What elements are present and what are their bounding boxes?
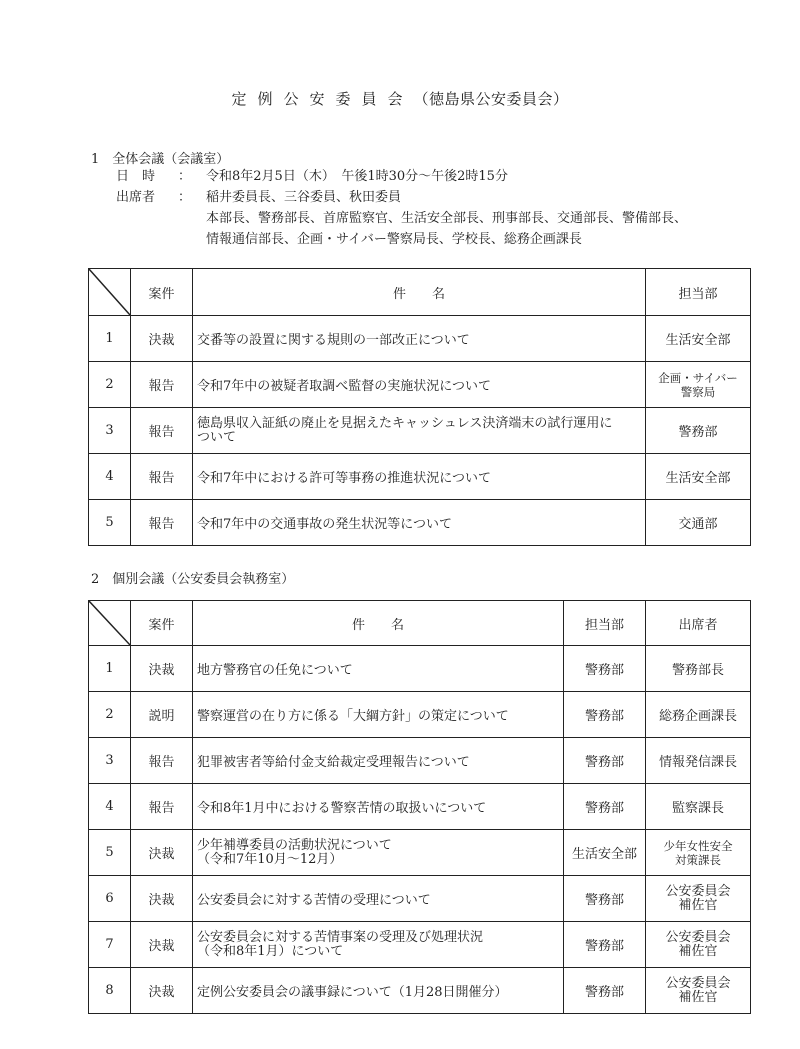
header-attendee: 出席者 <box>646 601 751 646</box>
row-type: 決裁 <box>131 876 193 922</box>
row-type: 決裁 <box>131 646 193 692</box>
row-type: 報告 <box>131 784 193 830</box>
document-title: 定例公安委員会（徳島県公安委員会） <box>0 88 800 109</box>
row-type: 決裁 <box>131 316 193 362</box>
table-row: 1 決裁 交番等の設置に関する規則の一部改正について 生活安全部 <box>89 316 751 362</box>
row-dept: 企画・サイバー警察局 <box>646 362 751 408</box>
datetime-row: 日 時 ： 令和8年2月5日（木） 午後1時30分～午後2時15分 <box>116 166 687 187</box>
row-number: 4 <box>89 454 131 500</box>
attendee-line2: 補佐官 <box>650 991 746 1005</box>
header-dept: 担当部 <box>646 269 751 316</box>
row-dept: 生活安全部 <box>646 316 751 362</box>
section1-heading: 1 全体会議（会議室） <box>91 148 229 167</box>
colon: ： <box>178 166 206 187</box>
diagonal-header-cell <box>89 269 131 316</box>
name-line2: ついて <box>197 431 641 445</box>
row-dept: 警務部 <box>564 692 646 738</box>
row-type: 決裁 <box>131 830 193 876</box>
plenary-agenda-table: 案件 件 名 担当部 1 決裁 交番等の設置に関する規則の一部改正について 生活… <box>88 268 751 546</box>
table-row: 4 報告 令和8年1月中における警察苦情の取扱いについて 警務部 監察課長 <box>89 784 751 830</box>
row-type: 報告 <box>131 738 193 784</box>
attendees-row-2: 本部長、警務部長、首席監察官、生活安全部長、刑事部長、交通部長、警備部長、 <box>116 208 687 229</box>
row-type: 報告 <box>131 362 193 408</box>
row-attendee: 情報発信課長 <box>646 738 751 784</box>
attendee-line1: 公安委員会 <box>650 885 746 899</box>
title-sub: （徳島県公安委員会） <box>414 90 569 108</box>
row-attendee: 公安委員会補佐官 <box>646 968 751 1014</box>
row-number: 8 <box>89 968 131 1014</box>
table-row: 1 決裁 地方警務官の任免について 警務部 警務部長 <box>89 646 751 692</box>
name-line1: 徳島県収入証紙の廃止を見据えたキャッシュレス決済端末の試行運用に <box>197 417 641 431</box>
table-row: 3 報告 徳島県収入証紙の廃止を見据えたキャッシュレス決済端末の試行運用について… <box>89 408 751 454</box>
attendee-line2: 対策課長 <box>650 853 746 867</box>
individual-agenda-table: 案件 件 名 担当部 出席者 1 決裁 地方警務官の任免について 警務部 警務部… <box>88 600 751 1014</box>
row-number: 5 <box>89 830 131 876</box>
attendee-line1: 公安委員会 <box>650 931 746 945</box>
diagonal-header-cell <box>89 601 131 646</box>
row-dept: 交通部 <box>646 500 751 546</box>
table-row: 4 報告 令和7年中における許可等事務の推進状況について 生活安全部 <box>89 454 751 500</box>
row-name: 交番等の設置に関する規則の一部改正について <box>193 316 646 362</box>
name-line1: 公安委員会に対する苦情事案の受理及び処理状況 <box>197 931 559 945</box>
table-header-row: 案件 件 名 担当部 <box>89 269 751 316</box>
row-number: 3 <box>89 738 131 784</box>
row-number: 2 <box>89 362 131 408</box>
attendee-line1: 公安委員会 <box>650 977 746 991</box>
row-type: 説明 <box>131 692 193 738</box>
row-name: 令和7年中の交通事故の発生状況等について <box>193 500 646 546</box>
title-main: 定例公安委員会 <box>231 90 413 108</box>
datetime-value: 令和8年2月5日（木） 午後1時30分～午後2時15分 <box>206 166 508 187</box>
row-dept: 警務部 <box>564 968 646 1014</box>
row-dept: 警務部 <box>564 738 646 784</box>
attendee-line2: 補佐官 <box>650 945 746 959</box>
row-attendee: 公安委員会補佐官 <box>646 876 751 922</box>
row-number: 7 <box>89 922 131 968</box>
row-name: 警察運営の在り方に係る「大綱方針」の策定について <box>193 692 564 738</box>
row-name: 定例公安委員会の議事録について（1月28日開催分） <box>193 968 564 1014</box>
attendee-line2: 補佐官 <box>650 899 746 913</box>
row-attendee: 警務部長 <box>646 646 751 692</box>
row-dept: 警務部 <box>564 922 646 968</box>
row-attendee: 公安委員会補佐官 <box>646 922 751 968</box>
row-attendee: 総務企画課長 <box>646 692 751 738</box>
header-type: 案件 <box>131 601 193 646</box>
row-name: 徳島県収入証紙の廃止を見据えたキャッシュレス決済端末の試行運用について <box>193 408 646 454</box>
header-name: 件 名 <box>193 269 646 316</box>
row-dept: 警務部 <box>564 876 646 922</box>
row-name: 令和8年1月中における警察苦情の取扱いについて <box>193 784 564 830</box>
row-type: 報告 <box>131 454 193 500</box>
table-row: 7 決裁 公安委員会に対する苦情事案の受理及び処理状況（令和8年1月）について … <box>89 922 751 968</box>
row-dept: 生活安全部 <box>646 454 751 500</box>
row-type: 報告 <box>131 408 193 454</box>
row-name: 令和7年中における許可等事務の推進状況について <box>193 454 646 500</box>
row-attendee: 少年女性安全対策課長 <box>646 830 751 876</box>
row-number: 3 <box>89 408 131 454</box>
attendees-line2: 本部長、警務部長、首席監察官、生活安全部長、刑事部長、交通部長、警備部長、 <box>206 208 687 229</box>
row-number: 5 <box>89 500 131 546</box>
section1-info: 日 時 ： 令和8年2月5日（木） 午後1時30分～午後2時15分 出席者 ： … <box>116 166 687 250</box>
attendees-line1: 稲井委員長、三谷委員、秋田委員 <box>206 187 401 208</box>
name-line2: （令和7年10月～12月） <box>197 853 559 867</box>
attendees-line3: 情報通信部長、企画・サイバー警察局長、学校長、総務企画課長 <box>206 229 582 250</box>
row-attendee: 監察課長 <box>646 784 751 830</box>
table-row: 6 決裁 公安委員会に対する苦情の受理について 警務部 公安委員会補佐官 <box>89 876 751 922</box>
row-dept: 警務部 <box>646 408 751 454</box>
header-type: 案件 <box>131 269 193 316</box>
row-number: 2 <box>89 692 131 738</box>
row-type: 決裁 <box>131 968 193 1014</box>
row-number: 1 <box>89 646 131 692</box>
attendees-row: 出席者 ： 稲井委員長、三谷委員、秋田委員 <box>116 187 687 208</box>
row-dept: 生活安全部 <box>564 830 646 876</box>
table-row: 2 説明 警察運営の在り方に係る「大綱方針」の策定について 警務部 総務企画課長 <box>89 692 751 738</box>
row-name: 公安委員会に対する苦情の受理について <box>193 876 564 922</box>
datetime-label: 日 時 <box>116 166 178 187</box>
colon: ： <box>178 187 206 208</box>
row-number: 4 <box>89 784 131 830</box>
name-line2: （令和8年1月）について <box>197 945 559 959</box>
table-row: 5 報告 令和7年中の交通事故の発生状況等について 交通部 <box>89 500 751 546</box>
row-dept: 警務部 <box>564 784 646 830</box>
row-type: 決裁 <box>131 922 193 968</box>
row-name: 令和7年中の被疑者取調べ監督の実施状況について <box>193 362 646 408</box>
row-name: 犯罪被害者等給付金支給裁定受理報告について <box>193 738 564 784</box>
row-dept: 警務部 <box>564 646 646 692</box>
header-dept: 担当部 <box>564 601 646 646</box>
row-name: 地方警務官の任免について <box>193 646 564 692</box>
table-row: 2 報告 令和7年中の被疑者取調べ監督の実施状況について 企画・サイバー警察局 <box>89 362 751 408</box>
table-row: 8 決裁 定例公安委員会の議事録について（1月28日開催分） 警務部 公安委員会… <box>89 968 751 1014</box>
row-number: 1 <box>89 316 131 362</box>
section2-heading: 2 個別会議（公安委員会執務室） <box>91 568 294 587</box>
table-row: 3 報告 犯罪被害者等給付金支給裁定受理報告について 警務部 情報発信課長 <box>89 738 751 784</box>
header-name: 件 名 <box>193 601 564 646</box>
row-type: 報告 <box>131 500 193 546</box>
name-line1: 少年補導委員の活動状況について <box>197 839 559 853</box>
row-name: 公安委員会に対する苦情事案の受理及び処理状況（令和8年1月）について <box>193 922 564 968</box>
attendees-label: 出席者 <box>116 187 178 208</box>
attendee-line1: 少年女性安全 <box>650 839 746 853</box>
dept-line2: 警察局 <box>650 385 746 399</box>
row-name: 少年補導委員の活動状況について（令和7年10月～12月） <box>193 830 564 876</box>
row-number: 6 <box>89 876 131 922</box>
attendees-row-3: 情報通信部長、企画・サイバー警察局長、学校長、総務企画課長 <box>116 229 687 250</box>
table-header-row: 案件 件 名 担当部 出席者 <box>89 601 751 646</box>
dept-line1: 企画・サイバー <box>650 371 746 385</box>
table-row: 5 決裁 少年補導委員の活動状況について（令和7年10月～12月） 生活安全部 … <box>89 830 751 876</box>
